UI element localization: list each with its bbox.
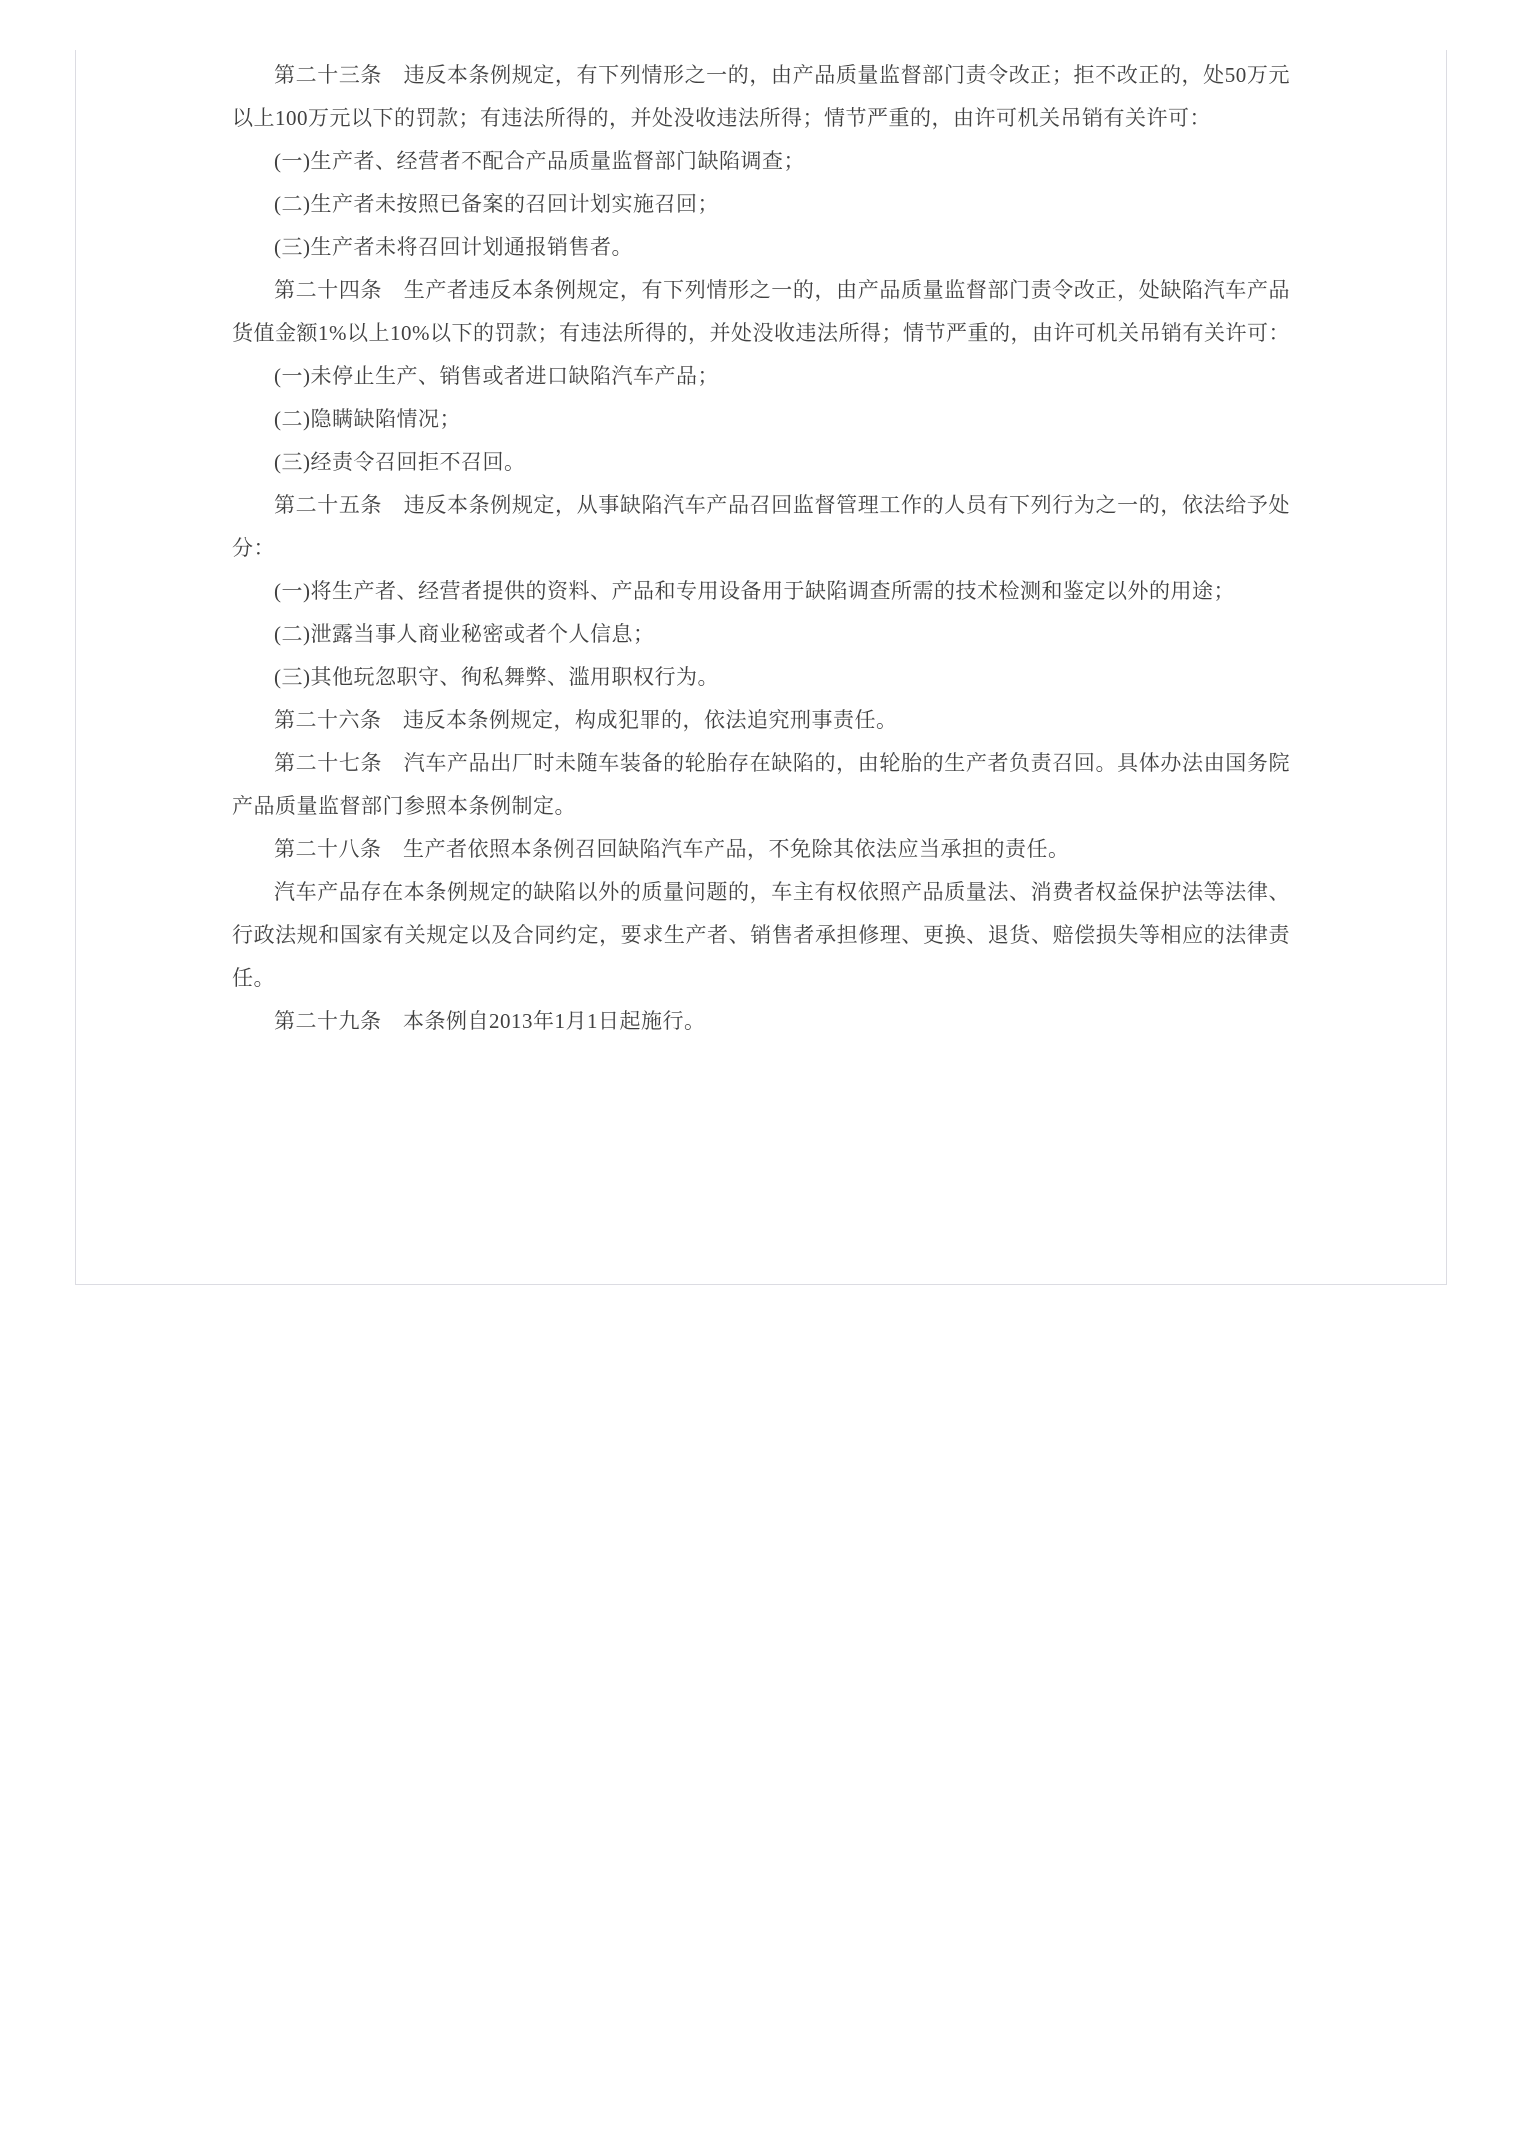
- article-paragraph: 第二十八条 生产者依照本条例召回缺陷汽车产品，不免除其依法应当承担的责任。: [232, 828, 1290, 871]
- article-paragraph: 第二十七条 汽车产品出厂时未随车装备的轮胎存在缺陷的，由轮胎的生产者负责召回。具…: [232, 742, 1290, 828]
- article-list-item: (二)隐瞒缺陷情况；: [232, 398, 1290, 441]
- article-paragraph: 第二十六条 违反本条例规定，构成犯罪的，依法追究刑事责任。: [232, 699, 1290, 742]
- article-paragraph: 第二十四条 生产者违反本条例规定，有下列情形之一的，由产品质量监督部门责令改正，…: [232, 269, 1290, 355]
- article-list-item: (三)经责令召回拒不召回。: [232, 441, 1290, 484]
- article-list-item: (二)泄露当事人商业秘密或者个人信息；: [232, 613, 1290, 656]
- article-paragraph: 汽车产品存在本条例规定的缺陷以外的质量问题的，车主有权依照产品质量法、消费者权益…: [232, 871, 1290, 1000]
- article-list-item: (三)其他玩忽职守、徇私舞弊、滥用职权行为。: [232, 656, 1290, 699]
- article-list-item: (二)生产者未按照已备案的召回计划实施召回；: [232, 183, 1290, 226]
- article-paragraph: 第二十九条 本条例自2013年1月1日起施行。: [232, 1000, 1290, 1043]
- article-paragraph: 第二十五条 违反本条例规定，从事缺陷汽车产品召回监督管理工作的人员有下列行为之一…: [232, 484, 1290, 570]
- article-paragraph: 第二十三条 违反本条例规定，有下列情形之一的，由产品质量监督部门责令改正；拒不改…: [232, 54, 1290, 140]
- article-list-item: (一)将生产者、经营者提供的资料、产品和专用设备用于缺陷调查所需的技术检测和鉴定…: [232, 570, 1290, 613]
- article-list-item: (一)生产者、经营者不配合产品质量监督部门缺陷调查；: [232, 140, 1290, 183]
- page: { "colors": { "background": "#ffffff", "…: [0, 0, 1520, 2150]
- article-list-item: (一)未停止生产、销售或者进口缺陷汽车产品；: [232, 355, 1290, 398]
- document-content: 第二十三条 违反本条例规定，有下列情形之一的，由产品质量监督部门责令改正；拒不改…: [76, 50, 1446, 1043]
- article-list-item: (三)生产者未将召回计划通报销售者。: [232, 226, 1290, 269]
- document-panel: 第二十三条 违反本条例规定，有下列情形之一的，由产品质量监督部门责令改正；拒不改…: [75, 50, 1447, 1285]
